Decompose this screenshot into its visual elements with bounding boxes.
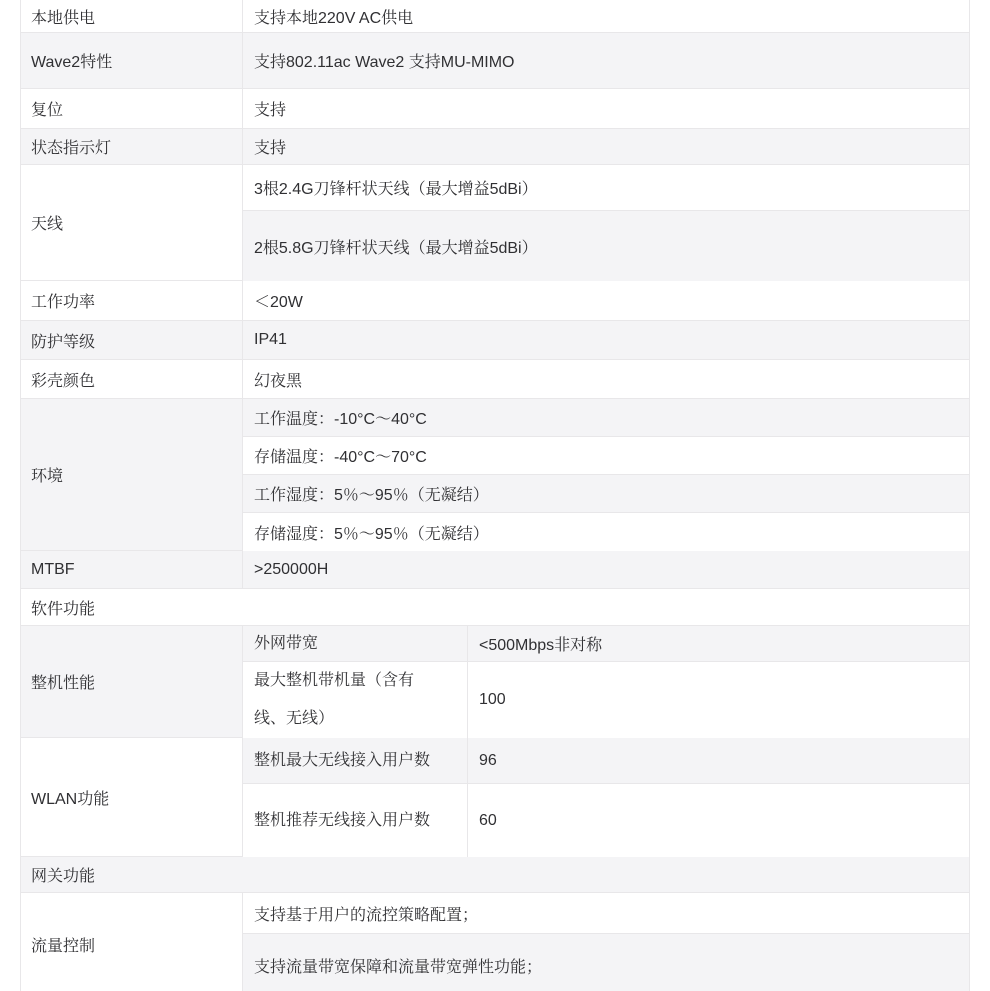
spec-row: 复位支持 bbox=[21, 89, 969, 129]
spec-sub-row: 工作湿度：5％～95％（无凝结） bbox=[243, 475, 969, 513]
spec-value: >250000H bbox=[243, 551, 969, 588]
spec-sub-row: 工作温度：-10°C～40°C bbox=[243, 399, 969, 437]
spec-sub-rows: 工作温度：-10°C～40°C存储温度：-40°C～70°C工作湿度：5％～95… bbox=[243, 399, 969, 550]
spec-label: 复位 bbox=[21, 89, 243, 128]
spec-sub-row: 整机最大无线接入用户数96 bbox=[243, 738, 969, 784]
spec-row: 彩壳颜色幻夜黑 bbox=[21, 360, 969, 399]
section-header-label: 软件功能 bbox=[21, 589, 969, 625]
spec-sub-value: 3根2.4G刀锋杆状天线（最大增益5dBi） bbox=[243, 165, 969, 210]
spec-value: 幻夜黑 bbox=[243, 360, 969, 398]
spec-label: Wave2特性 bbox=[21, 33, 243, 88]
spec-sub-value: 存储湿度：5％～95％（无凝结） bbox=[243, 513, 969, 551]
spec-sub-row: 支持流量带宽保障和流量带宽弹性功能； bbox=[243, 934, 969, 991]
spec-label: 流量控制 bbox=[21, 893, 243, 991]
spec-value: 支持本地220V AC供电 bbox=[243, 0, 969, 32]
spec-sub-key: 最大整机带机量（含有线、无线） bbox=[243, 662, 468, 738]
spec-row: 网关功能 bbox=[21, 857, 969, 893]
spec-row: 天线3根2.4G刀锋杆状天线（最大增益5dBi）2根5.8G刀锋杆状天线（最大增… bbox=[21, 165, 969, 281]
spec-row: 工作功率＜20W bbox=[21, 281, 969, 321]
spec-sub-value: 工作湿度：5％～95％（无凝结） bbox=[243, 475, 969, 512]
spec-sub-row: 支持基于用户的流控策略配置； bbox=[243, 893, 969, 934]
spec-sub-row: 2根5.8G刀锋杆状天线（最大增益5dBi） bbox=[243, 211, 969, 281]
spec-label: 环境 bbox=[21, 399, 243, 550]
spec-value: IP41 bbox=[243, 321, 969, 359]
spec-sub-value: <500Mbps非对称 bbox=[468, 626, 969, 661]
spec-sub-rows: 支持基于用户的流控策略配置；支持流量带宽保障和流量带宽弹性功能； bbox=[243, 893, 969, 991]
spec-sub-value: 60 bbox=[468, 784, 969, 857]
spec-row: 整机性能外网带宽<500Mbps非对称最大整机带机量（含有线、无线）100 bbox=[21, 626, 969, 738]
spec-label: 状态指示灯 bbox=[21, 129, 243, 164]
spec-value: 支持802.11ac Wave2 支持MU-MIMO bbox=[243, 33, 969, 88]
spec-sub-row: 外网带宽<500Mbps非对称 bbox=[243, 626, 969, 662]
spec-row: 流量控制支持基于用户的流控策略配置；支持流量带宽保障和流量带宽弹性功能； bbox=[21, 893, 969, 991]
spec-row: Wave2特性支持802.11ac Wave2 支持MU-MIMO bbox=[21, 33, 969, 89]
spec-row: 软件功能 bbox=[21, 589, 969, 626]
section-header-label: 网关功能 bbox=[21, 857, 969, 892]
spec-row: WLAN功能整机最大无线接入用户数96整机推荐无线接入用户数60 bbox=[21, 738, 969, 857]
spec-table: 本地供电支持本地220V AC供电Wave2特性支持802.11ac Wave2… bbox=[20, 0, 970, 991]
spec-sub-value: 存储温度：-40°C～70°C bbox=[243, 437, 969, 474]
spec-row: 状态指示灯支持 bbox=[21, 129, 969, 165]
spec-sub-rows: 3根2.4G刀锋杆状天线（最大增益5dBi）2根5.8G刀锋杆状天线（最大增益5… bbox=[243, 165, 969, 280]
spec-sub-row: 3根2.4G刀锋杆状天线（最大增益5dBi） bbox=[243, 165, 969, 211]
spec-row: 环境工作温度：-10°C～40°C存储温度：-40°C～70°C工作湿度：5％～… bbox=[21, 399, 969, 551]
spec-label: 本地供电 bbox=[21, 0, 243, 32]
spec-label: 天线 bbox=[21, 165, 243, 280]
spec-sub-value: 支持基于用户的流控策略配置； bbox=[243, 893, 969, 933]
spec-sub-value: 2根5.8G刀锋杆状天线（最大增益5dBi） bbox=[243, 211, 969, 281]
spec-row: 防护等级IP41 bbox=[21, 321, 969, 360]
spec-sub-value: 100 bbox=[468, 662, 969, 738]
spec-sub-key: 外网带宽 bbox=[243, 626, 468, 661]
spec-sub-row: 存储温度：-40°C～70°C bbox=[243, 437, 969, 475]
spec-label: 整机性能 bbox=[21, 626, 243, 737]
spec-label: MTBF bbox=[21, 551, 243, 588]
spec-sub-rows: 整机最大无线接入用户数96整机推荐无线接入用户数60 bbox=[243, 738, 969, 856]
spec-label: 彩壳颜色 bbox=[21, 360, 243, 398]
spec-label: 工作功率 bbox=[21, 281, 243, 320]
spec-sub-rows: 外网带宽<500Mbps非对称最大整机带机量（含有线、无线）100 bbox=[243, 626, 969, 737]
spec-label: WLAN功能 bbox=[21, 738, 243, 856]
spec-value: ＜20W bbox=[243, 281, 969, 320]
spec-label: 防护等级 bbox=[21, 321, 243, 359]
spec-sub-value: 支持流量带宽保障和流量带宽弹性功能； bbox=[243, 934, 969, 991]
spec-sub-key: 整机最大无线接入用户数 bbox=[243, 738, 468, 783]
spec-sub-value: 工作温度：-10°C～40°C bbox=[243, 399, 969, 436]
spec-sub-row: 存储湿度：5％～95％（无凝结） bbox=[243, 513, 969, 551]
spec-sub-value: 96 bbox=[468, 738, 969, 783]
spec-row: MTBF>250000H bbox=[21, 551, 969, 589]
spec-sub-row: 最大整机带机量（含有线、无线）100 bbox=[243, 662, 969, 738]
spec-sub-key: 整机推荐无线接入用户数 bbox=[243, 784, 468, 857]
spec-sub-row: 整机推荐无线接入用户数60 bbox=[243, 784, 969, 857]
spec-row: 本地供电支持本地220V AC供电 bbox=[21, 0, 969, 33]
spec-value: 支持 bbox=[243, 129, 969, 164]
spec-value: 支持 bbox=[243, 89, 969, 128]
